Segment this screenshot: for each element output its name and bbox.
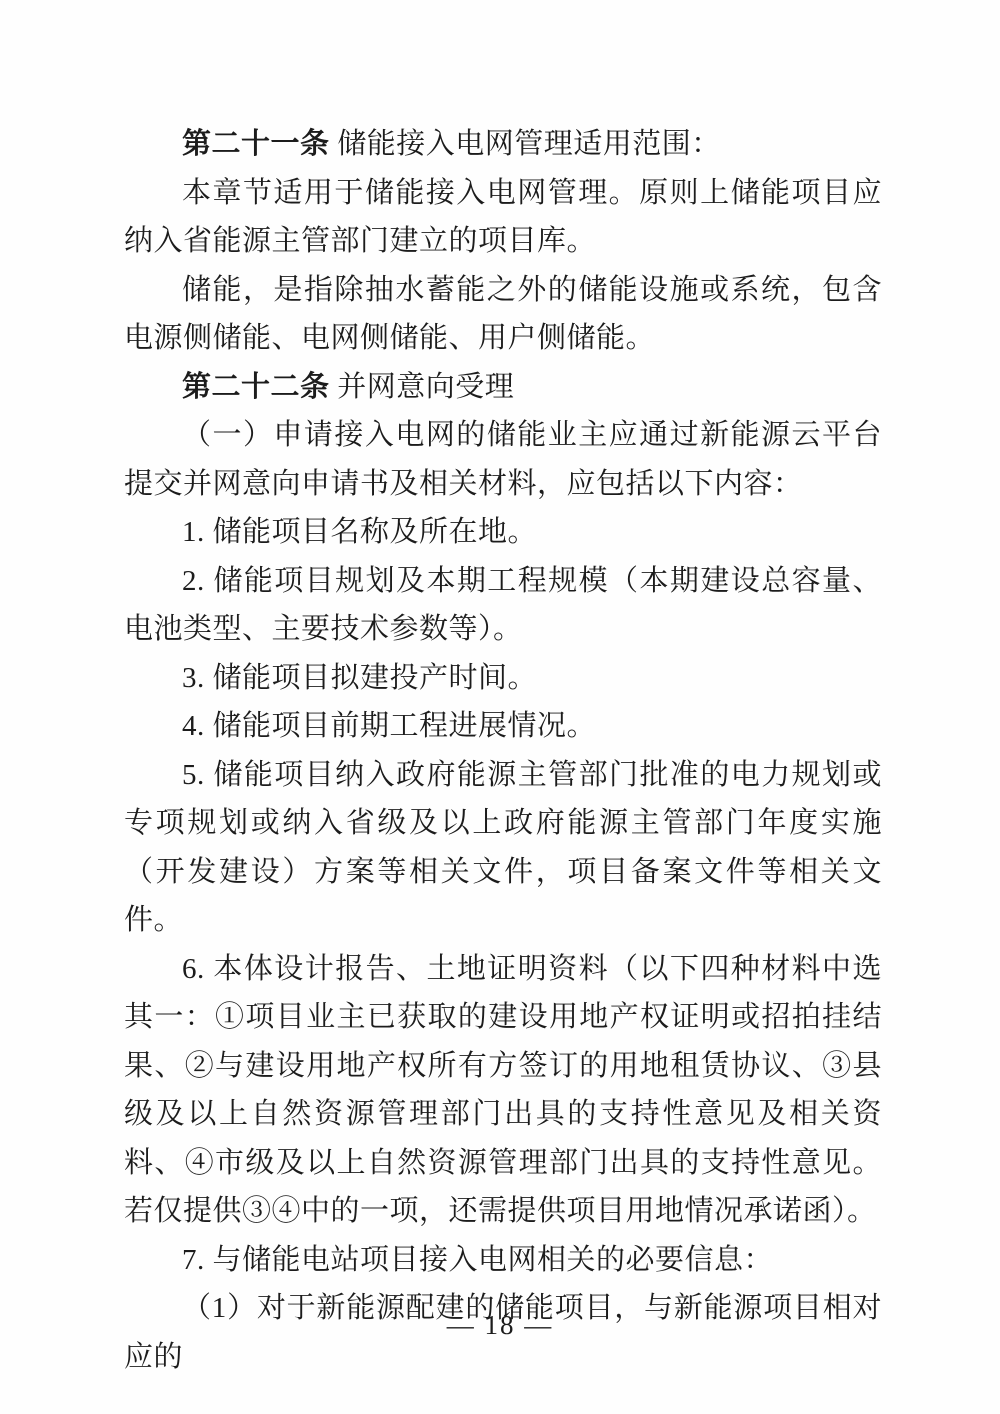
- body-paragraph: 7. 与储能电站项目接入电网相关的必要信息：: [124, 1236, 882, 1285]
- body-paragraph: 储能，是指除抽水蓄能之外的储能设施或系统，包含电源侧储能、电网侧储能、用户侧储能…: [124, 266, 882, 363]
- page-number: — 18 —: [0, 1310, 1000, 1341]
- body-paragraph: 5. 储能项目纳入政府能源主管部门批准的电力规划或专项规划或纳入省级及以上政府能…: [124, 751, 882, 945]
- body-paragraph: 3. 储能项目拟建投产时间。: [124, 654, 882, 703]
- body-paragraph: 1. 储能项目名称及所在地。: [124, 508, 882, 557]
- article-number-label: 第二十一条: [182, 128, 330, 160]
- document-page: 第二十一条 储能接入电网管理适用范围：本章节适用于储能接入电网管理。原则上储能项…: [0, 0, 1000, 1414]
- body-paragraph: 4. 储能项目前期工程进展情况。: [124, 702, 882, 751]
- body-paragraph: （一）申请接入电网的储能业主应通过新能源云平台提交并网意向申请书及相关材料，应包…: [124, 411, 882, 508]
- article-heading: 第二十一条 储能接入电网管理适用范围：: [124, 120, 882, 169]
- document-body: 第二十一条 储能接入电网管理适用范围：本章节适用于储能接入电网管理。原则上储能项…: [124, 120, 882, 1381]
- article-number-label: 第二十二条: [182, 371, 330, 403]
- article-heading: 第二十二条 并网意向受理: [124, 363, 882, 412]
- body-paragraph: 本章节适用于储能接入电网管理。原则上储能项目应纳入省能源主管部门建立的项目库。: [124, 169, 882, 266]
- body-paragraph: 6. 本体设计报告、土地证明资料（以下四种材料中选其一：①项目业主已获取的建设用…: [124, 945, 882, 1236]
- body-paragraph: 2. 储能项目规划及本期工程规模（本期建设总容量、电池类型、主要技术参数等）。: [124, 557, 882, 654]
